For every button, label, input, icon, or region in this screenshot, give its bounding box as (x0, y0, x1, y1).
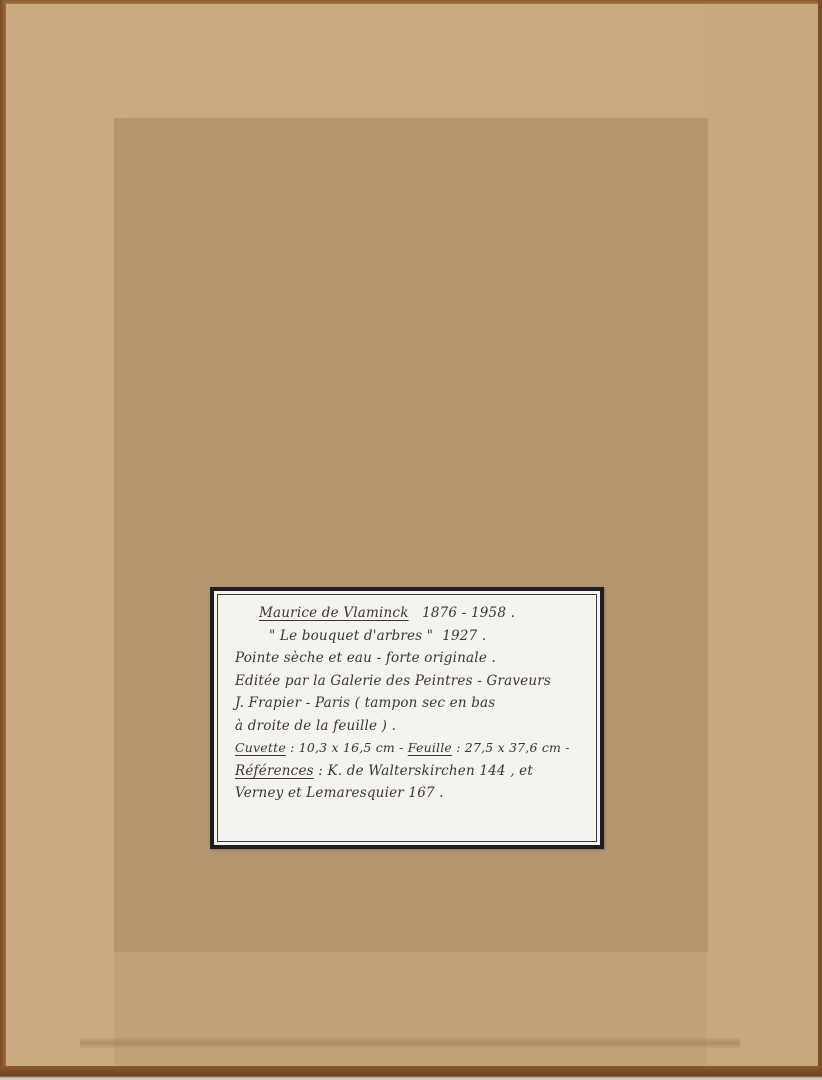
label-line-dimensions: Cuvette : 10,3 x 16,5 cm - Feuille : 27,… (235, 737, 589, 760)
frame-right-edge (818, 0, 822, 1080)
cuvette-value: : 10,3 x 16,5 cm - (290, 740, 403, 755)
artwork-year: 1927 . (442, 628, 486, 644)
artist-name: Maurice de Vlaminck (259, 605, 409, 621)
label-line-references: Références : K. de Walterskirchen 144 , … (235, 760, 589, 783)
feuille-label: Feuille (408, 740, 452, 755)
label-line-references-2: Verney et Lemaresquier 167 . (235, 782, 589, 805)
frame-bottom-edge (0, 1066, 822, 1080)
frame-left-edge (0, 0, 6, 1080)
references-label: Références (235, 763, 314, 779)
label-line-title: " Le bouquet d'arbres " 1927 . (235, 625, 589, 648)
tape-strip-top (126, 4, 706, 118)
label-line-publisher-1: Editée par la Galerie des Peintres - Gra… (235, 670, 589, 693)
tape-strip-left (6, 4, 126, 1066)
label-line-publisher-3: à droite de la feuille ) . (235, 715, 589, 738)
artwork-title: " Le bouquet d'arbres " (269, 628, 433, 644)
cuvette-label: Cuvette (235, 740, 286, 755)
references-value-1: : K. de Walterskirchen 144 , et (318, 763, 533, 779)
tape-strip-right (706, 4, 818, 1066)
tape-shadow (80, 1037, 740, 1049)
label-line-technique: Pointe sèche et eau - forte originale . (235, 647, 589, 670)
label-line-publisher-2: J. Frapier - Paris ( tampon sec en bas (235, 692, 589, 715)
label-paper: Maurice de Vlaminck 1876 - 1958 . " Le b… (214, 591, 600, 845)
label-line-artist: Maurice de Vlaminck 1876 - 1958 . (235, 602, 589, 625)
handwritten-label: Maurice de Vlaminck 1876 - 1958 . " Le b… (210, 587, 604, 849)
feuille-value: : 27,5 x 37,6 cm - (456, 740, 569, 755)
artist-dates: 1876 - 1958 . (422, 605, 515, 621)
